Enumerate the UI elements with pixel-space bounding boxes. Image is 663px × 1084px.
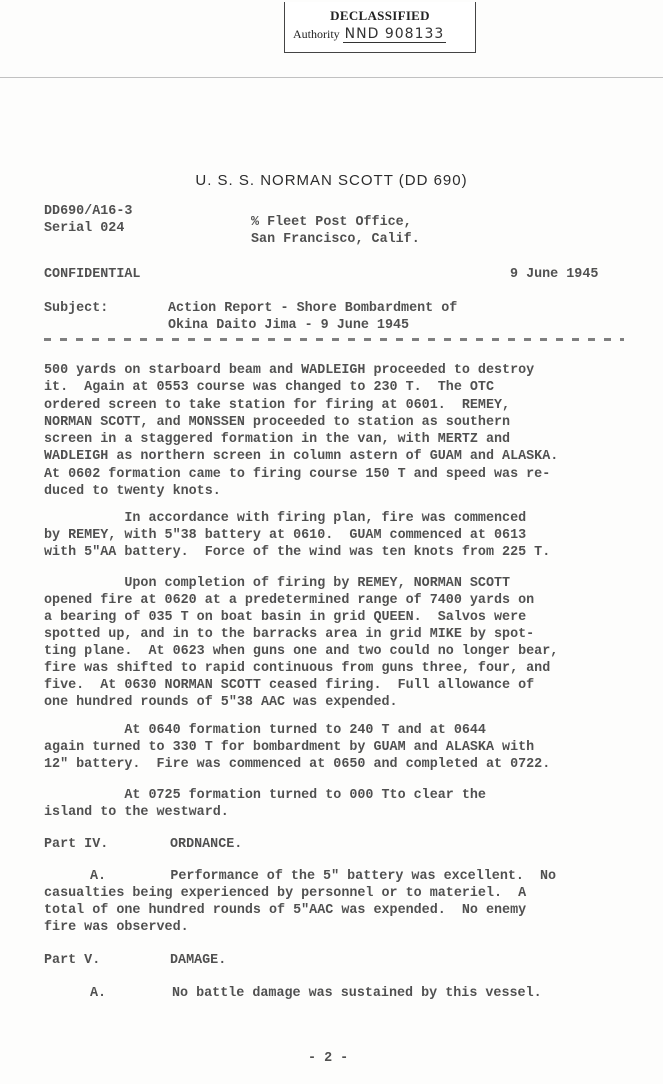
text-line: screen in a staggered formation in the v…: [44, 431, 510, 449]
page-number: - 2 -: [308, 1050, 348, 1068]
section-label: Part IV.: [44, 836, 108, 854]
text-line: At 0640 formation turned to 240 T and at…: [44, 722, 486, 740]
text-line: spotted up, and in to the barracks area …: [44, 626, 534, 644]
text-line: island to the westward.: [44, 804, 229, 822]
text-line: fire was shifted to rapid continuous fro…: [44, 660, 550, 678]
file-code: DD690/A16-3: [44, 203, 132, 221]
text-line: duced to twenty knots.: [44, 483, 221, 501]
text-line: with 5"AA battery. Force of the wind was…: [44, 544, 550, 562]
text-line: by REMEY, with 5"38 battery at 0610. GUA…: [44, 527, 526, 545]
stamp-authority: Authority NND 908133: [293, 26, 446, 42]
item-label: A.: [90, 985, 106, 1003]
classification: CONFIDENTIAL: [44, 266, 140, 284]
subject-line-2: Okina Daito Jima - 9 June 1945: [168, 317, 409, 335]
text-line: 12" battery. Fire was commenced at 0650 …: [44, 756, 550, 774]
declassified-stamp: DECLASSIFIED Authority NND 908133: [284, 2, 476, 53]
text-line: opened fire at 0620 at a predetermined r…: [44, 592, 534, 610]
text-line: a bearing of 035 T on boat basin in grid…: [44, 609, 526, 627]
text-line: No battle damage was sustained by this v…: [172, 985, 542, 1003]
text-line: In accordance with firing plan, fire was…: [44, 510, 526, 528]
text-line: Performance of the 5" battery was excell…: [90, 868, 556, 886]
stamp-authority-label: Authority: [293, 27, 340, 41]
address-line-1: % Fleet Post Office,: [251, 214, 412, 232]
subject-label: Subject:: [44, 300, 108, 318]
text-line: one hundred rounds of 5"38 AAC was expen…: [44, 694, 398, 712]
text-line: ordered screen to take station for firin…: [44, 397, 510, 415]
text-line: WADLEIGH as northern screen in column as…: [44, 448, 558, 466]
serial-number: Serial 024: [44, 220, 124, 238]
text-line: casualties being experienced by personne…: [44, 885, 526, 903]
letterhead: U. S. S. NORMAN SCOTT (DD 690): [0, 172, 663, 189]
subject-line-1: Action Report - Shore Bombardment of: [168, 300, 457, 318]
text-line: total of one hundred rounds of 5"AAC was…: [44, 902, 526, 920]
text-line: At 0602 formation came to firing course …: [44, 466, 550, 484]
scan-edge-line: [0, 77, 663, 78]
text-line: ting plane. At 0623 when guns one and tw…: [44, 643, 558, 661]
stamp-authority-value: NND 908133: [343, 26, 447, 43]
section-title: ORDNANCE.: [170, 836, 242, 854]
text-line: fire was observed.: [44, 919, 189, 937]
address-line-2: San Francisco, Calif.: [251, 231, 420, 249]
text-line: 500 yards on starboard beam and WADLEIGH…: [44, 362, 534, 380]
section-label: Part V.: [44, 952, 100, 970]
document-page: DECLASSIFIED Authority NND 908133 U. S. …: [0, 0, 663, 1084]
text-line: five. At 0630 NORMAN SCOTT ceased firing…: [44, 677, 534, 695]
separator-dashes: [44, 338, 624, 341]
text-line: it. Again at 0553 course was changed to …: [44, 379, 494, 397]
text-line: NORMAN SCOTT, and MONSSEN proceeded to s…: [44, 414, 510, 432]
text-line: At 0725 formation turned to 000 Tto clea…: [44, 787, 486, 805]
text-line: Upon completion of firing by REMEY, NORM…: [44, 575, 510, 593]
text-line: again turned to 330 T for bombardment by…: [44, 739, 534, 757]
section-title: DAMAGE.: [170, 952, 226, 970]
stamp-title: DECLASSIFIED: [285, 8, 475, 24]
document-date: 9 June 1945: [510, 266, 598, 284]
